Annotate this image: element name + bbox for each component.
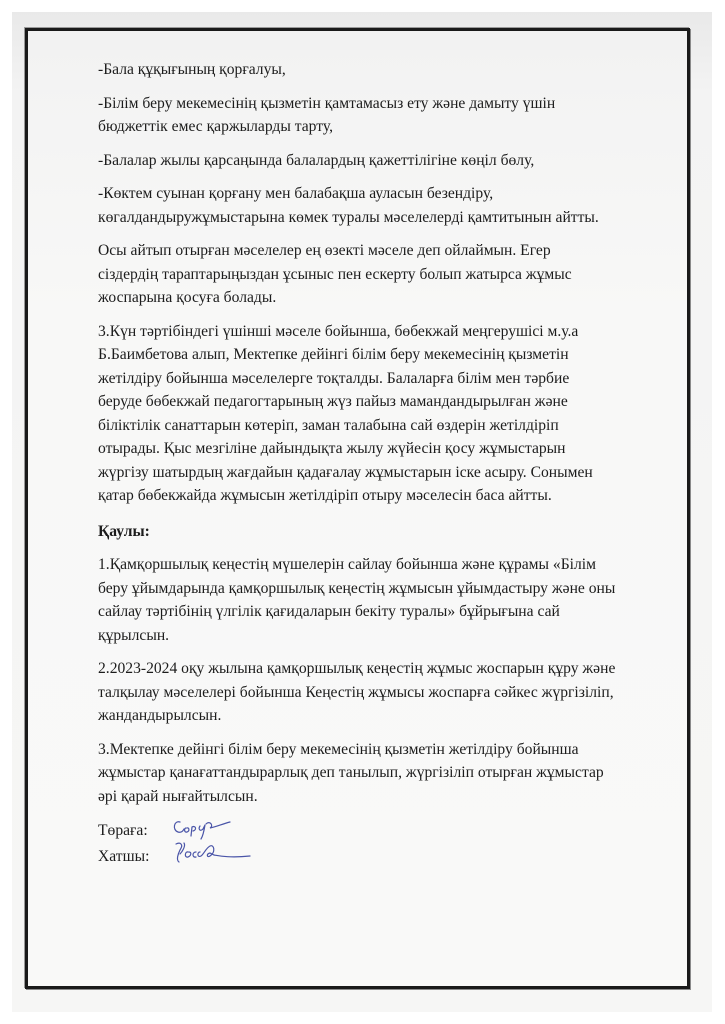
text-line: қатар бөбекжайда жұмысын жетілдіріп отыр… bbox=[98, 484, 678, 508]
bullet-paragraph: -Көктем суынан қорғану мен балабақша аул… bbox=[98, 182, 678, 229]
bullet-paragraph: -Білім беру мекемесінің қызметін қамтама… bbox=[98, 92, 678, 139]
text-line: жетілдіру бойынша мәселелерге тоқталды. … bbox=[98, 367, 678, 391]
text-line: бюджеттік емес қаржыларды тарту, bbox=[98, 115, 678, 139]
text-line: отырады. Қыс мезгіліне дайындықта жылу ж… bbox=[98, 437, 678, 461]
text-line: беру ұйымдарында қамқоршылық кеңестің жұ… bbox=[98, 577, 678, 601]
text-line: беруде бөбекжай педагогтарының жүз пайыз… bbox=[98, 390, 678, 414]
text-line: біліктілік санаттарын көтеріп, заман тал… bbox=[98, 414, 678, 438]
agenda-item-3-paragraph: 3.Күн тәртібіндегі үшінші мәселе бойынша… bbox=[98, 320, 678, 508]
text-line: құрылсын. bbox=[98, 624, 678, 648]
text-line: жоспарына қосуға болады. bbox=[98, 286, 678, 310]
text-line: -Бала құқығының қорғалуы, bbox=[98, 58, 678, 82]
secretary-signature-mark bbox=[170, 838, 260, 876]
text-line: 1.Қамқоршылық кеңестің мүшелерін сайлау … bbox=[98, 553, 678, 577]
resolution-item: 1.Қамқоршылық кеңестің мүшелерін сайлау … bbox=[98, 553, 678, 647]
bullet-paragraph: -Балалар жылы қарсаңында балалардың қаже… bbox=[98, 149, 678, 173]
text-line: -Көктем суынан қорғану мен балабақша аул… bbox=[98, 182, 678, 206]
chair-label: Төраға: bbox=[98, 819, 168, 843]
text-line: жұмыстар қанағаттандырарлық деп танылып,… bbox=[98, 761, 678, 785]
text-line: -Балалар жылы қарсаңында балалардың қаже… bbox=[98, 149, 678, 173]
text-line: талқылау мәселелері бойынша Кеңестің жұм… bbox=[98, 681, 678, 705]
text-line: 3.Мектепке дейінгі білім беру мекемесіні… bbox=[98, 738, 678, 762]
secretary-signature-row: Хатшы: bbox=[98, 844, 678, 870]
text-line: 2.2023-2024 оқу жылына қамқоршылық кеңес… bbox=[98, 657, 678, 681]
bullet-paragraph: -Бала құқығының қорғалуы, bbox=[98, 58, 678, 82]
resolution-heading: Қаулы: bbox=[98, 520, 678, 544]
resolution-item: 2.2023-2024 оқу жылына қамқоршылық кеңес… bbox=[98, 657, 678, 728]
text-line: жүргізу шатырдың жағдайын қадағалау жұмы… bbox=[98, 461, 678, 485]
body-paragraph: Осы айтып отырған мәселелер ең өзекті мә… bbox=[98, 239, 678, 310]
document-body: -Бала құқығының қорғалуы, -Білім беру ме… bbox=[98, 58, 678, 870]
text-line: сіздердің тараптарыңыздан ұсыныс пен еск… bbox=[98, 263, 678, 287]
text-line: -Білім беру мекемесінің қызметін қамтама… bbox=[98, 92, 678, 116]
text-line: сайлау тәртібінің үлгілік қағидаларын бе… bbox=[98, 600, 678, 624]
secretary-label: Хатшы: bbox=[98, 845, 168, 869]
text-line: Б.Баимбетова алып, Мектепке дейінгі білі… bbox=[98, 343, 678, 367]
text-line: Осы айтып отырған мәселелер ең өзекті мә… bbox=[98, 239, 678, 263]
text-line: әрі қарай нығайтылсын. bbox=[98, 785, 678, 809]
text-line: көгалдандыружұмыстарына көмек туралы мәс… bbox=[98, 206, 678, 230]
text-line: жандандырылсын. bbox=[98, 704, 678, 728]
text-line: 3.Күн тәртібіндегі үшінші мәселе бойынша… bbox=[98, 320, 678, 344]
resolution-item: 3.Мектепке дейінгі білім беру мекемесіні… bbox=[98, 738, 678, 809]
